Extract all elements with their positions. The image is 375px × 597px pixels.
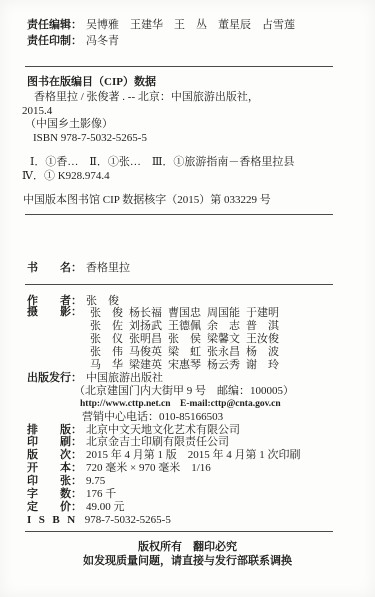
copyright-line: 版权所有 翻印必究	[0, 540, 375, 555]
isbn-label: ISBN	[27, 514, 83, 526]
photographer-name: 张 仪	[90, 333, 123, 346]
photographer-name: 于建明	[246, 307, 279, 320]
divider	[25, 66, 333, 67]
wordcount-row: 字 数：176 千	[27, 488, 351, 501]
photographer-row: 马 华梁建英宋惠琴杨云秀谢 玲	[27, 359, 351, 372]
book-title-row: 书 名：香格里拉	[27, 261, 351, 275]
isbn-row: ISBN978-7-5032-5265-5	[27, 514, 351, 527]
photographers-section: 摄 影： 张 俊杨长福曹国忠周国能于建明 张 佐刘扬武王德佩余 志普 淇 张 仪…	[27, 307, 351, 372]
cip-classification-line-1: Ⅰ．①香… Ⅱ．①张… Ⅲ．①旅游指南－香格里拉县	[27, 156, 351, 170]
printer-value: 北京金吉士印刷有限责任公司	[86, 436, 229, 448]
photographer-name: 王德佩	[168, 320, 201, 333]
photographer-name: 张 伟	[90, 346, 123, 359]
price-row: 定 价：49.00 元	[27, 501, 351, 514]
photographer-name: 梁建英	[129, 359, 162, 372]
cip-classification-line-2: Ⅳ．① K928.974.4	[22, 170, 351, 184]
cip-year-line: 2015.4	[22, 105, 351, 119]
editor-credit-row: 责任编辑：吴博雅 王建华 王 丛 董星辰 占雪莲	[27, 17, 351, 33]
print-supervisor-label: 责任印制：	[27, 35, 82, 47]
price-label: 定 价：	[27, 501, 82, 513]
cip-heading: 图书在版编目（CIP）数据	[27, 75, 351, 89]
typesetting-label: 排 版：	[27, 424, 82, 436]
sheets-row: 印 张：9.75	[27, 475, 351, 488]
photographer-name: 宋惠琴	[168, 359, 201, 372]
print-credit-row: 责任印制：冯冬青	[27, 33, 351, 49]
photographer-name: 周国能	[207, 307, 240, 320]
sheets-label: 印 张：	[27, 475, 82, 487]
photographer-name: 张 佐	[90, 320, 123, 333]
copyright-notice: 版权所有 翻印必究 如发现质量问题，请直接与发行部联系调换	[0, 540, 375, 569]
sheets-value: 9.75	[86, 475, 105, 487]
staff-credits: 责任编辑：吴博雅 王建华 王 丛 董星辰 占雪莲 责任印制：冯冬青	[27, 17, 351, 49]
photographer-name: 马俊英	[129, 346, 162, 359]
photographer-row: 张 仪张明昌张 侯梁馨文王汝俊	[27, 333, 351, 346]
photographer-name: 张 俊	[90, 307, 123, 320]
divider	[25, 214, 333, 215]
photographer-name: 余 志	[207, 320, 240, 333]
format-label: 开 本：	[27, 462, 82, 474]
printer-row: 印 刷：北京金吉士印刷有限责任公司	[27, 436, 351, 449]
divider	[25, 531, 333, 532]
photographer-name: 马 华	[90, 359, 123, 372]
colophon-page: 责任编辑：吴博雅 王建华 王 丛 董星辰 占雪莲 责任印制：冯冬青 图书在版编目…	[0, 0, 375, 597]
cip-isbn-line: ISBN 978-7-5032-5265-5	[27, 132, 351, 146]
typesetting-value: 北京中文天地文化艺术有限公司	[86, 424, 240, 436]
format-value: 720 毫米 × 970 毫米 1/16	[86, 462, 211, 474]
photographer-row: 张 伟马俊英梁 虹张永昌杨 波	[27, 346, 351, 359]
price-value: 49.00 元	[86, 501, 125, 513]
publisher-address: （北京建国门内大街甲 9 号 邮编：100005）	[27, 385, 351, 398]
publisher-row: 出版发行：中国旅游出版社	[27, 372, 351, 385]
author-label: 作 者：	[27, 295, 82, 307]
photographer-name: 张永昌	[207, 346, 240, 359]
cip-block: 图书在版编目（CIP）数据 香格里拉 / 张俊著 . -- 北京：中国旅游出版社…	[27, 75, 351, 208]
photographer-name: 刘扬武	[129, 320, 162, 333]
author-name: 张 俊	[86, 295, 119, 307]
photographer-name: 曹国忠	[168, 307, 201, 320]
quality-notice-line: 如发现质量问题，请直接与发行部联系调换	[0, 554, 375, 569]
photographer-name: 普 淇	[246, 320, 279, 333]
photographers-label: 摄 影：	[27, 307, 82, 318]
photographer-name: 王汝俊	[246, 333, 279, 346]
isbn-value: 978-7-5032-5265-5	[85, 514, 171, 526]
cip-record-number: 中国版本图书馆 CIP 数据核字（2015）第 033229 号	[23, 194, 351, 208]
book-title-label: 书 名：	[27, 262, 82, 274]
publisher-name: 中国旅游出版社	[86, 372, 163, 384]
cip-title-line: 香格里拉 / 张俊著 . -- 北京：中国旅游出版社，	[27, 91, 351, 105]
photographer-name: 张明昌	[129, 333, 162, 346]
edition-value: 2015 年 4 月第 1 版 2015 年 4 月第 1 次印刷	[86, 449, 301, 461]
publisher-phone: 营销中心电话：010-85166503	[27, 411, 351, 424]
printer-label: 印 刷：	[27, 436, 82, 448]
photographer-name: 张 侯	[168, 333, 201, 346]
print-supervisor-name: 冯冬青	[86, 35, 119, 47]
typesetting-row: 排 版：北京中文天地文化艺术有限公司	[27, 424, 351, 437]
wordcount-label: 字 数：	[27, 488, 82, 500]
photographer-name: 谢 玲	[246, 359, 279, 372]
editor-names: 吴博雅 王建华 王 丛 董星辰 占雪莲	[86, 19, 295, 31]
photographer-name: 杨 波	[246, 346, 279, 359]
photographer-name: 梁 虹	[168, 346, 201, 359]
photographer-name: 杨云秀	[207, 359, 240, 372]
edition-row: 版 次：2015 年 4 月第 1 版 2015 年 4 月第 1 次印刷	[27, 449, 351, 462]
publisher-website: http://www.cttp.net.cn E-mail:cttp@cnta.…	[27, 398, 351, 411]
format-row: 开 本：720 毫米 × 970 毫米 1/16	[27, 462, 351, 475]
divider	[25, 284, 333, 285]
publication-info: 作 者：张 俊 摄 影： 张 俊杨长福曹国忠周国能于建明 张 佐刘扬武王德佩余 …	[27, 295, 351, 527]
photographer-name: 梁馨文	[207, 333, 240, 346]
edition-label: 版 次：	[27, 449, 82, 461]
photographer-name: 杨长福	[129, 307, 162, 320]
photographer-row: 张 佐刘扬武王德佩余 志普 淇	[27, 320, 351, 333]
book-title: 香格里拉	[86, 262, 130, 274]
editor-label: 责任编辑：	[27, 19, 82, 31]
cip-series-line: （中国乡土影像）	[25, 118, 351, 132]
publisher-label: 出版发行：	[27, 372, 82, 384]
wordcount-value: 176 千	[86, 488, 116, 500]
